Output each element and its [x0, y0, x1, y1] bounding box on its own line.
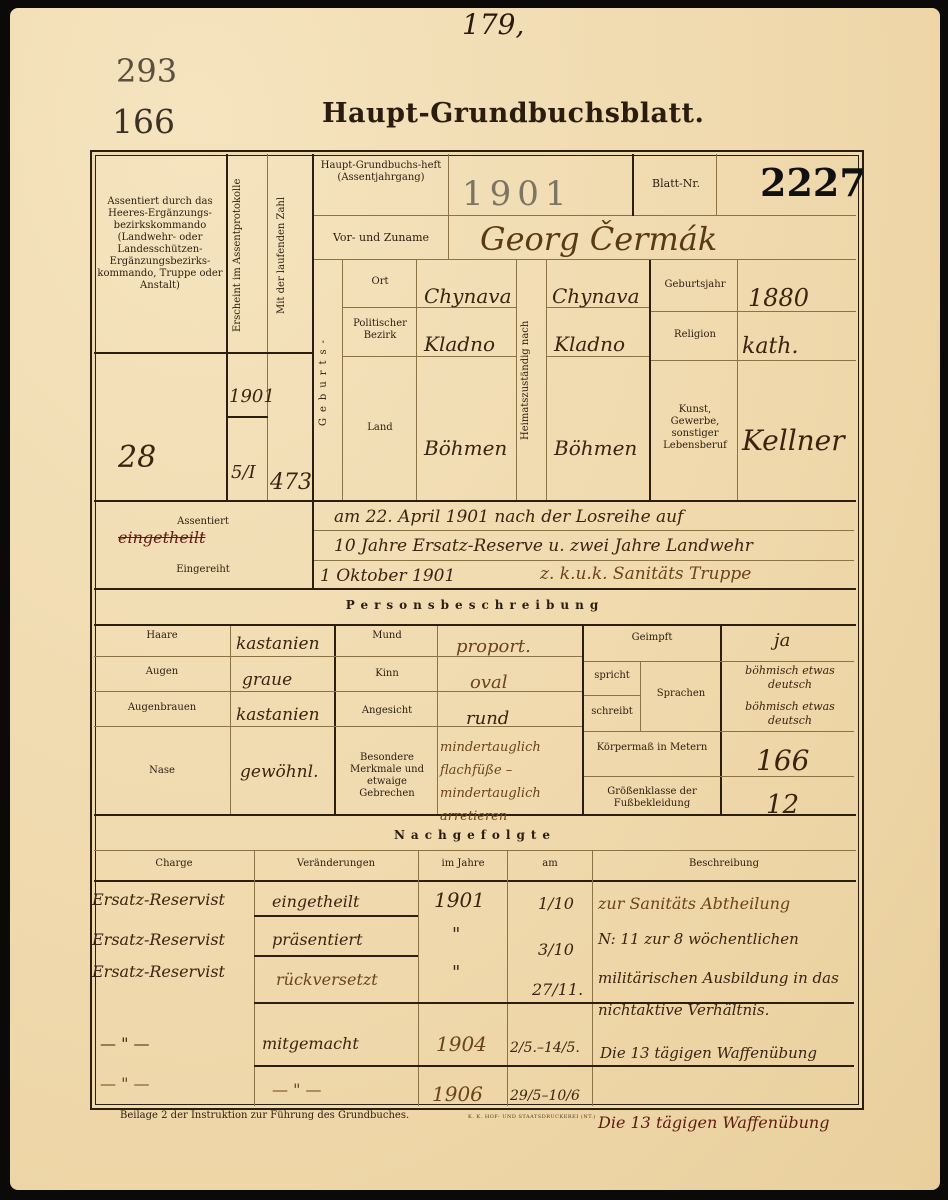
row3-date: 27/11. [532, 980, 583, 999]
laufende-zahl-label: Mit der laufenden Zahl [276, 160, 306, 350]
assentiert-durch-value: 28 [118, 440, 156, 475]
enrollment-line-1: am 22. April 1901 nach der Losreihe auf [334, 507, 683, 527]
assentiert-label: Assentiert [96, 516, 310, 528]
row2-desc: N: 11 zur 8 wöchentlichen [598, 930, 799, 948]
augenbrauen-value: kastanien [236, 705, 320, 725]
eingetheilt-note: eingetheilt [118, 528, 205, 547]
row2-year: " [452, 924, 460, 945]
row1-date: 1/10 [538, 894, 574, 913]
row4-change: mitgemacht [262, 1034, 359, 1053]
land-label: Land [344, 422, 416, 434]
heft-label: Haupt-Grundbuchs-heft (Assentjahrgang) [316, 160, 446, 184]
ort-value: Chynava [424, 284, 512, 308]
row1-change: eingetheilt [272, 892, 359, 911]
kinn-label: Kinn [338, 668, 436, 680]
enrollment-line-2: 10 Jahre Ersatz-Reserve u. zwei Jahre La… [334, 536, 753, 556]
heimat-bezirk: Kladno [554, 332, 625, 356]
row5-date: 29/5–10/6 [510, 1088, 580, 1104]
stamp-number-top: 293 [116, 52, 177, 90]
angesicht-label: Angesicht [338, 705, 436, 717]
row5-year: 1906 [432, 1082, 483, 1106]
geburtsjahr-label: Geburtsjahr [653, 279, 737, 291]
row1-year: 1901 [434, 888, 485, 912]
row4-charge: — " — [100, 1034, 150, 1053]
laufende-zahl-value: 473 [270, 470, 312, 495]
erscheint-year: 1901 [229, 386, 275, 407]
col-veraenderungen: Veränderungen [256, 858, 416, 870]
col-im-jahre: im Jahre [420, 858, 506, 870]
beruf-value: Kellner [742, 424, 845, 457]
angesicht-value: rund [466, 708, 509, 729]
geburts-label: Geburts- [318, 270, 340, 490]
row5-change: — " — [272, 1080, 322, 1099]
augen-label: Augen [96, 666, 228, 678]
augenbrauen-label: Augenbrauen [96, 702, 228, 714]
enrollment-line-3-unit: z. k.u.k. Sanitäts Truppe [540, 564, 751, 584]
footer-printer: K. K. HOF- UND STAATSDRUCKEREI (NT.) [468, 1114, 596, 1120]
enrollment-line-3-date: 1 Oktober 1901 [320, 566, 455, 586]
row1-charge: Ersatz-Reservist [92, 890, 225, 909]
religion-value: kath. [742, 334, 798, 359]
spricht-value: böhmisch etwas deutsch [726, 664, 854, 692]
personsbeschreibung-title: Personsbeschreibung [94, 598, 856, 612]
nase-label: Nase [96, 765, 228, 777]
row4-desc: Die 13 tägigen Waffenübung [600, 1038, 854, 1068]
bezirk-value: Kladno [424, 332, 495, 356]
row3-change: rückversetzt [276, 970, 378, 989]
haare-label: Haare [96, 630, 228, 642]
col-charge: Charge [96, 858, 252, 870]
koerpermass-label: Körpermaß in Metern [584, 742, 720, 754]
bezirk-label: Politischer Bezirk [344, 318, 416, 342]
row3-desc: militärischen Ausbildung in das nichtakt… [598, 962, 854, 1026]
land-value: Böhmen [424, 436, 507, 460]
heimat-land: Böhmen [554, 436, 637, 460]
fuss-label: Größenklasse der Fußbekleidung [584, 786, 720, 810]
row2-date: 3/10 [538, 940, 574, 959]
fuss-value: 12 [766, 790, 799, 820]
merkmale-label: Besondere Merkmale und etwaige Gebrechen [338, 752, 436, 800]
heimat-ort: Chynava [552, 284, 640, 308]
schreibt-label: schreibt [584, 706, 640, 718]
stamp-number-bottom: 166 [112, 102, 175, 141]
heft-value: 1901 [462, 174, 573, 214]
assentiert-durch-label: Assentiert durch das Heeres-Ergänzungs-b… [96, 196, 224, 292]
koerpermass-value: 166 [756, 744, 809, 777]
geimpft-value: ja [774, 630, 790, 651]
haare-value: kastanien [236, 634, 320, 654]
page-title: Haupt-Grundbuchsblatt. [322, 98, 704, 129]
name-value: Georg Čermák [480, 220, 717, 258]
heimat-label: Heimatszuständig nach [520, 270, 544, 490]
row4-year: 1904 [436, 1032, 487, 1056]
ort-label: Ort [344, 276, 416, 288]
row2-charge: Ersatz-Reservist [92, 930, 225, 949]
col-am: am [509, 858, 591, 870]
blatt-value: 2227 [760, 160, 866, 205]
col-beschreibung: Beschreibung [594, 858, 854, 870]
row1-desc: zur Sanitäts Abtheilung [598, 894, 790, 913]
nase-value: gewöhnl. [240, 762, 318, 782]
row4-date: 2/5.–14/5. [510, 1040, 580, 1056]
geimpft-label: Geimpft [584, 632, 720, 644]
footer-instruction: Beilage 2 der Instruktion zur Führung de… [120, 1110, 409, 1121]
row3-charge: Ersatz-Reservist [92, 962, 225, 981]
nachgefolgte-title: Nachgefolgte [94, 828, 856, 842]
spricht-label: spricht [584, 670, 640, 682]
religion-label: Religion [653, 329, 737, 341]
merkmale-value: mindertauglich flachfüße – mindertauglic… [440, 736, 582, 828]
geburtsjahr-value: 1880 [748, 284, 809, 312]
blatt-label: Blatt-Nr. [636, 178, 716, 190]
beruf-label: Kunst, Gewerbe, sonstiger Lebensberuf [653, 404, 737, 452]
name-label: Vor- und Zuname [316, 232, 446, 244]
row3-year: " [452, 962, 460, 983]
augen-value: graue [242, 670, 292, 690]
sprachen-label: Sprachen [642, 688, 720, 700]
row2-change: präsentiert [272, 930, 363, 949]
handwritten-page-number: 179, [462, 8, 524, 41]
erscheint-ref: 5/I [231, 462, 256, 483]
schreibt-value: böhmisch etwas deutsch [726, 700, 854, 728]
eingereiht-label: Eingereiht [96, 564, 310, 576]
row5-desc: Die 13 tägigen Waffenübung [598, 1106, 838, 1140]
mund-label: Mund [338, 630, 436, 642]
row5-charge: — " — [100, 1074, 150, 1093]
kinn-value: oval [470, 672, 508, 693]
mund-value: proport. [456, 636, 531, 657]
erscheint-label: Erscheint im Assentprotokolle [232, 160, 262, 350]
